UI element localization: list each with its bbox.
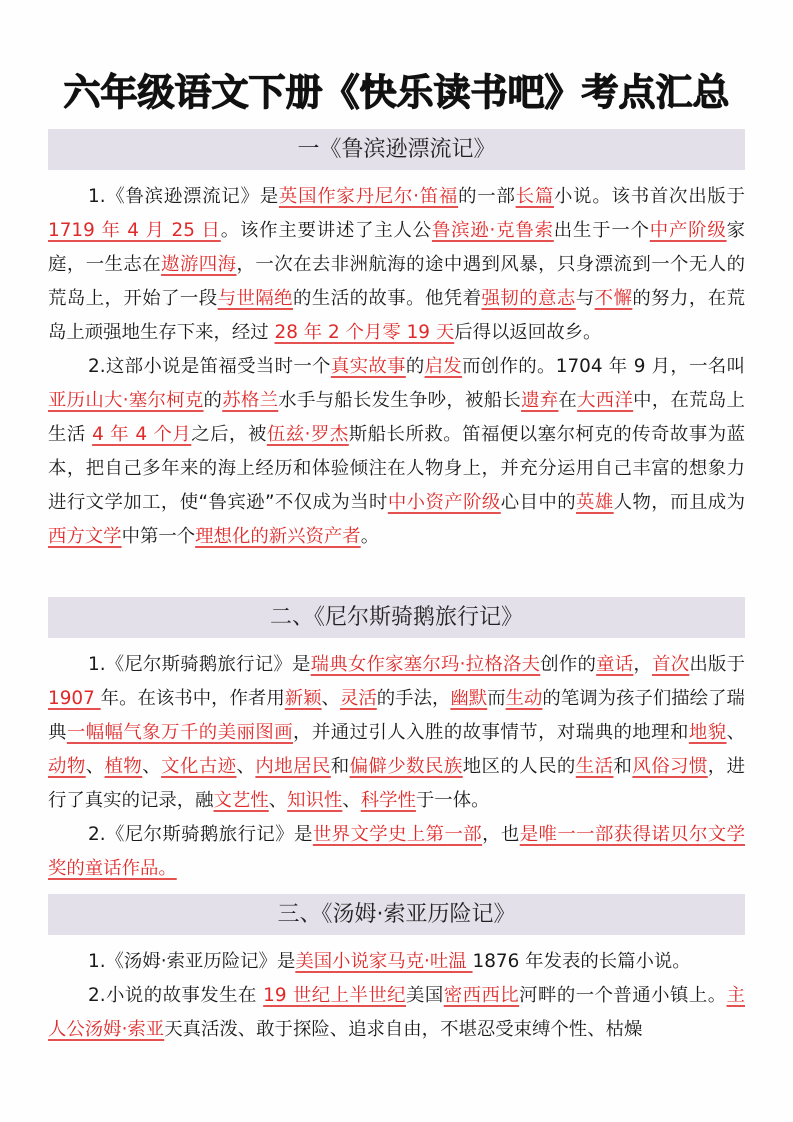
text-run: ，并通过引人入胜的故事情节，对瑞典的地理和 xyxy=(293,722,689,743)
text-run: 地区的人民的 xyxy=(463,756,576,777)
document-title: 六年级语文下册《快乐读书吧》考点汇总 xyxy=(0,62,793,116)
highlighted-keyword: 生活 xyxy=(576,756,614,777)
section-body-nils: 1.《尼尔斯骑鹅旅行记》是瑞典女作家塞尔玛·拉格洛夫创作的童话，首次出版于 19… xyxy=(48,648,745,886)
text-run: 出版于 xyxy=(689,654,745,675)
text-run: 和 xyxy=(331,756,350,777)
section-heading-tom-sawyer: 三、《汤姆·索亚历险记》 xyxy=(48,894,745,935)
section-heading-nils: 二、《尼尔斯骑鹅旅行记》 xyxy=(48,597,745,638)
highlighted-keyword: 1907 xyxy=(48,688,101,709)
highlighted-keyword: 理想化的新兴资产者 xyxy=(195,526,361,547)
text-run: 的生活的故事。他凭着 xyxy=(293,288,481,309)
highlighted-keyword: 遨游四海 xyxy=(161,254,236,275)
text-run: 人物，而且成为 xyxy=(614,492,745,513)
highlighted-keyword: 文艺性 xyxy=(214,790,269,811)
text-run: 1.《尼尔斯骑鹅旅行记》是 xyxy=(88,654,311,675)
highlighted-keyword: 苏格兰 xyxy=(222,390,278,411)
highlighted-keyword: 地貌 xyxy=(689,722,727,743)
highlighted-keyword: 植物 xyxy=(105,756,143,777)
text-run: 而创作的。1704 年 9 月，一名叫 xyxy=(462,356,745,377)
text-run: 、 xyxy=(727,722,745,743)
text-run: 、 xyxy=(342,790,360,811)
highlighted-keyword: 童话 xyxy=(596,654,633,675)
text-run: 心目中的 xyxy=(501,492,576,513)
section-heading-robinson: 一《鲁滨逊漂流记》 xyxy=(48,129,745,170)
text-run: ， xyxy=(633,654,652,675)
highlighted-keyword: 灵活 xyxy=(340,688,377,709)
text-run: 。 xyxy=(361,526,379,547)
text-run: 中第一个 xyxy=(122,526,196,547)
highlighted-keyword: 动物 xyxy=(48,756,86,777)
highlighted-keyword: 世界文学史上第一部 xyxy=(313,824,482,845)
text-run: 的一部 xyxy=(458,186,516,207)
text-run: 天真活泼、敢于探险、追求自由，不堪忍受束缚个性、枯燥 xyxy=(164,1019,642,1040)
highlighted-keyword: 中小资产阶级 xyxy=(388,492,501,513)
text-run: 、 xyxy=(269,790,287,811)
highlighted-keyword: 内地居民 xyxy=(255,756,330,777)
highlighted-keyword: 伍兹·罗杰 xyxy=(267,424,349,445)
highlighted-keyword: 知识性 xyxy=(287,790,342,811)
text-run: 于一体。 xyxy=(416,790,490,811)
highlighted-keyword: 亚历山大·塞尔柯克 xyxy=(48,390,204,411)
text-run: 和 xyxy=(613,756,632,777)
highlighted-keyword: 西方文学 xyxy=(48,526,122,547)
highlighted-keyword: 首次 xyxy=(652,654,689,675)
highlighted-keyword: 生动 xyxy=(506,688,543,709)
highlighted-keyword: 4 年 4 个月 xyxy=(92,424,191,445)
highlighted-keyword: 偏僻少数民族 xyxy=(350,756,463,777)
highlighted-keyword: 幽默 xyxy=(450,688,487,709)
text-run: 与 xyxy=(576,288,595,309)
highlighted-keyword: 28 年 2 个月零 19 天 xyxy=(275,322,455,343)
text-run: 后得以返回故乡。 xyxy=(454,322,601,343)
text-run: 、 xyxy=(322,688,340,709)
text-run: 的 xyxy=(204,390,223,411)
text-run: 在 xyxy=(558,390,577,411)
text-run: 1876 年发表的长篇小说。 xyxy=(473,951,691,972)
highlighted-keyword: 真实故事 xyxy=(331,356,406,377)
text-run: 1.《鲁滨逊漂流记》是 xyxy=(88,186,279,207)
highlighted-keyword: 启发 xyxy=(425,356,463,377)
text-run: 小说。该书首次出版于 xyxy=(554,186,745,207)
text-run: 1.《汤姆·索亚历险记》是 xyxy=(88,951,295,972)
section-body-tom-sawyer: 1.《汤姆·索亚历险记》是美国小说家马克·吐温 1876 年发表的长篇小说。 2… xyxy=(48,945,745,1047)
highlighted-keyword: 强韧的意志 xyxy=(482,288,576,309)
text-run: 年。在该书中，作者用 xyxy=(101,688,285,709)
highlighted-keyword: 大西洋 xyxy=(577,390,633,411)
highlighted-keyword: 一幅幅气象万千的美丽图画 xyxy=(67,722,293,743)
highlighted-keyword: 风俗习惯 xyxy=(632,756,707,777)
section-body-robinson: 1.《鲁滨逊漂流记》是英国作家丹尼尔·笛福的一部长篇小说。该书首次出版于 171… xyxy=(48,180,745,554)
highlighted-keyword: 美国小说家马克·吐温 xyxy=(295,951,472,972)
paragraph: 2.《尼尔斯骑鹅旅行记》是世界文学史上第一部，也是唯一一部获得诺贝尔文学奖的童话… xyxy=(48,818,745,886)
text-run: 的 xyxy=(406,356,425,377)
highlighted-keyword: 1719 年 4 月 25 日 xyxy=(48,220,221,241)
highlighted-keyword: 长篇 xyxy=(516,186,554,207)
paragraph: 1.《鲁滨逊漂流记》是英国作家丹尼尔·笛福的一部长篇小说。该书首次出版于 171… xyxy=(48,180,745,350)
text-run: 创作的 xyxy=(540,654,596,675)
text-run: 河畔的一个普通小镇上。 xyxy=(519,985,726,1006)
highlighted-keyword: 英国作家丹尼尔·笛福 xyxy=(279,186,458,207)
text-run: 2.这部小说是笛福受当时一个 xyxy=(88,356,331,377)
text-run: 2.小说的故事发生在 xyxy=(88,985,263,1006)
highlighted-keyword: 新颖 xyxy=(285,688,322,709)
text-run: 而 xyxy=(487,688,505,709)
highlighted-keyword: 文化古迹 xyxy=(161,756,236,777)
text-run: 之后，被 xyxy=(191,424,267,445)
text-run: 2.《尼尔斯骑鹅旅行记》是 xyxy=(88,824,313,845)
text-run: 、 xyxy=(142,756,161,777)
text-run: 、 xyxy=(237,756,256,777)
paragraph: 2.小说的故事发生在 19 世纪上半世纪美国密西西比河畔的一个普通小镇上。主人公… xyxy=(48,979,745,1047)
text-run: 的手法， xyxy=(377,688,451,709)
highlighted-keyword: 中产阶级 xyxy=(650,220,727,241)
text-run: ，也 xyxy=(482,824,520,845)
highlighted-keyword: 鲁滨逊·克鲁索 xyxy=(432,220,554,241)
paragraph: 2.这部小说是笛福受当时一个真实故事的启发而创作的。1704 年 9 月，一名叫… xyxy=(48,350,745,554)
text-run: 水手与船长发生争吵，被船长 xyxy=(278,390,521,411)
text-run: 美国 xyxy=(406,985,444,1006)
text-run: 。该作主要讲述了主人公 xyxy=(221,220,432,241)
highlighted-keyword: 瑞典女作家塞尔玛·拉格洛夫 xyxy=(311,654,541,675)
text-run: 出生于一个 xyxy=(554,220,650,241)
paragraph: 1.《汤姆·索亚历险记》是美国小说家马克·吐温 1876 年发表的长篇小说。 xyxy=(48,945,745,979)
highlighted-keyword: 与世隔绝 xyxy=(218,288,293,309)
highlighted-keyword: 遗弃 xyxy=(521,390,558,411)
highlighted-keyword: 科学性 xyxy=(361,790,416,811)
highlighted-keyword: 不懈 xyxy=(595,288,633,309)
text-run: 、 xyxy=(86,756,105,777)
highlighted-keyword: 密西西比 xyxy=(444,985,519,1006)
paragraph: 1.《尼尔斯骑鹅旅行记》是瑞典女作家塞尔玛·拉格洛夫创作的童话，首次出版于 19… xyxy=(48,648,745,818)
highlighted-keyword: 19 世纪上半世纪 xyxy=(263,985,406,1006)
highlighted-keyword: 英雄 xyxy=(576,492,614,513)
